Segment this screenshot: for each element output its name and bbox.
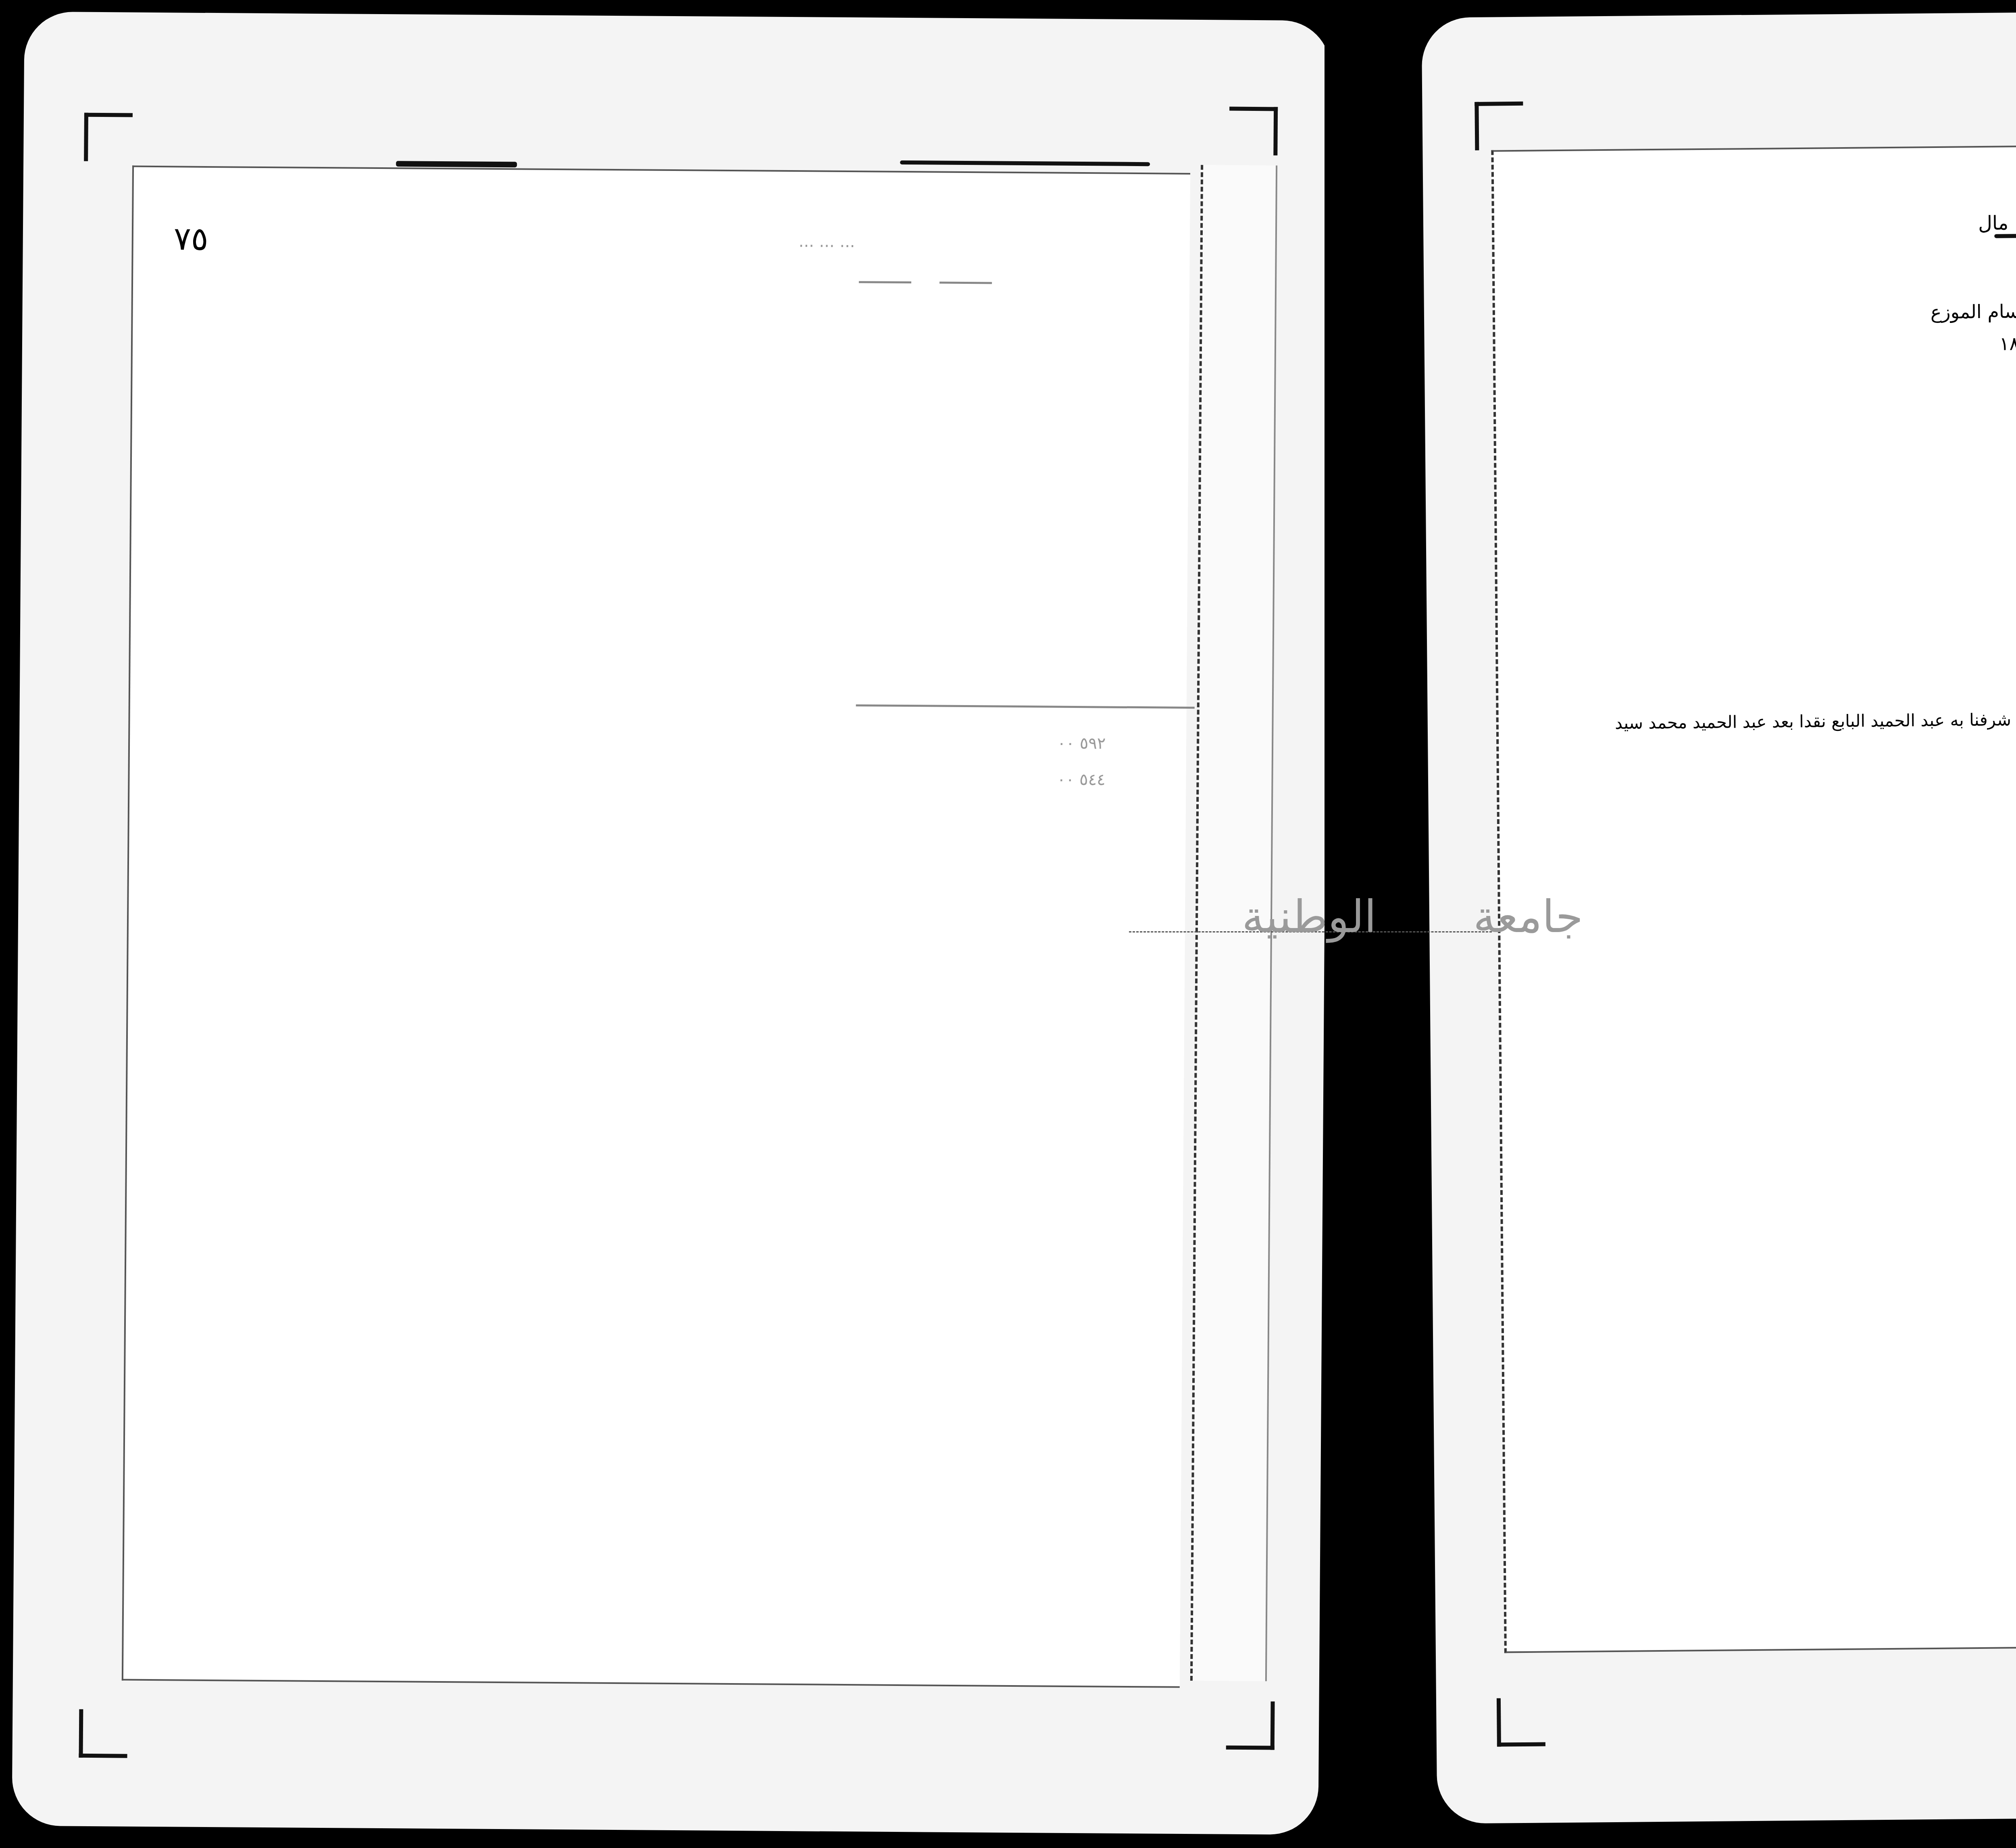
crop-mark-icon <box>1475 102 1523 150</box>
crop-mark-icon <box>84 113 133 162</box>
crop-mark-icon <box>1497 1698 1545 1747</box>
faint-amount: ٥٩٢ ٠٠ <box>1057 734 1106 753</box>
faint-header-text: ... ... ... <box>799 232 855 251</box>
summary-label: ربح ٪١٨ <box>1999 332 2016 354</box>
watermark: جامعةالوطنية <box>1242 891 1583 943</box>
left-page-scan: ٧٥ ... ... ... ٥٩٢ ٠٠ ٥٤٤ ٠٠ <box>12 12 1331 1835</box>
torn-edge-mark <box>396 161 517 167</box>
crop-mark-icon <box>1229 107 1278 156</box>
crop-mark-icon <box>79 1709 128 1758</box>
faint-rule <box>859 281 911 283</box>
faint-rule <box>856 704 1195 709</box>
header-label: مال <box>1978 212 2009 235</box>
left-ledger-sheet: ٧٥ ... ... ... ٥٩٢ ٠٠ ٥٤٤ ٠٠ <box>122 166 1190 1688</box>
watermark-text-1: جامعة <box>1473 891 1583 943</box>
torn-edge-mark <box>900 160 1150 166</box>
page-number: ٧٥ <box>174 220 209 258</box>
crop-mark-icon <box>1226 1701 1275 1750</box>
summary-label: محوصه القسام الموزع <box>1931 300 2016 323</box>
faint-amount: ٥٤٤ ٠٠ <box>1057 770 1105 789</box>
watermark-text-2: الوطنية <box>1242 891 1377 943</box>
faint-rule <box>939 282 992 284</box>
